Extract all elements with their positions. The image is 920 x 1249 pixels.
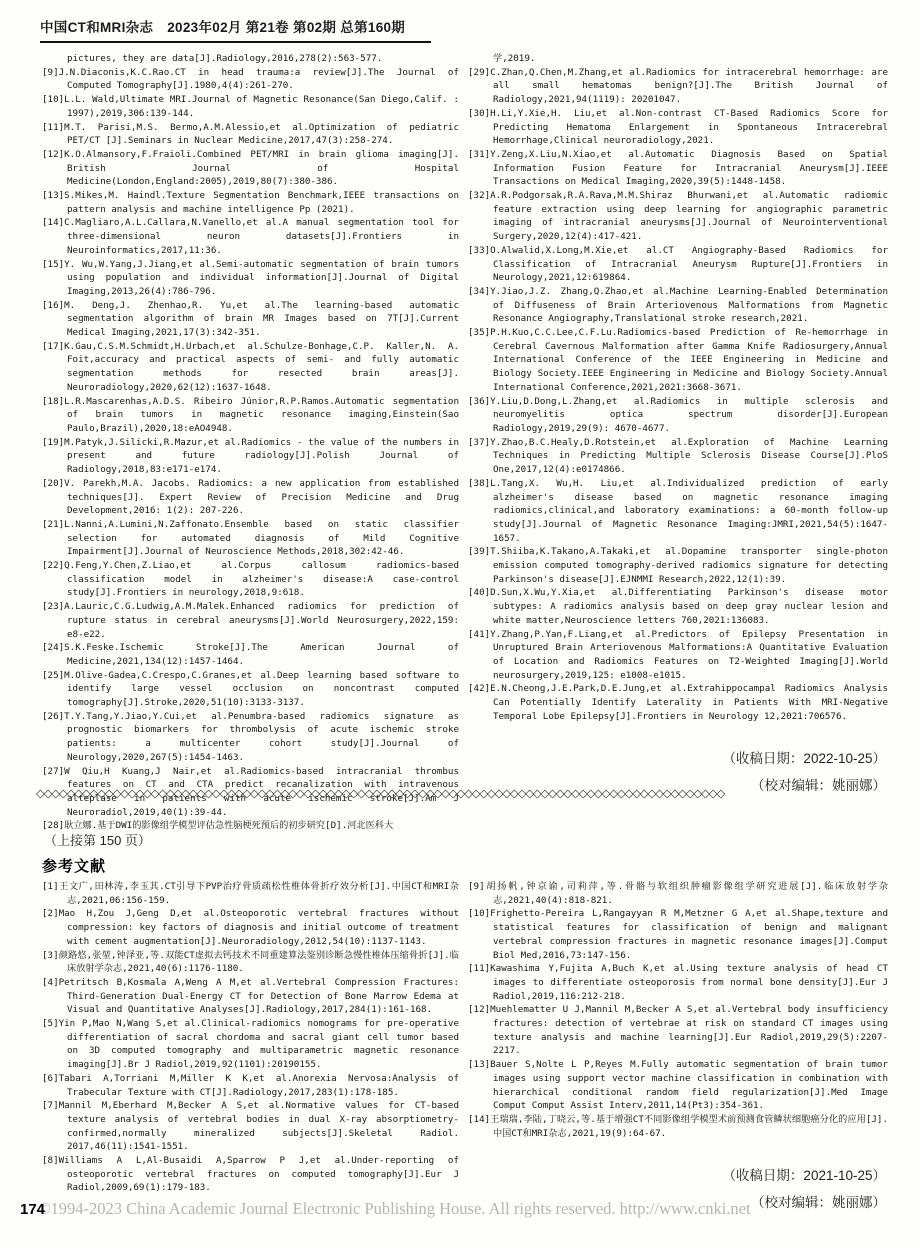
reference-item: [12]K.O.Almansory,F.Fraioli.Combined PET… bbox=[42, 148, 459, 189]
received-date: （收稿日期：2021-10-25） bbox=[468, 1162, 886, 1189]
diamond-separator: ◇◇◇◇◇◇◇◇◇◇◇◇◇◇◇◇◇◇◇◇◇◇◇◇◇◇◇◇◇◇◇◇◇◇◇◇◇◇◇◇… bbox=[36, 786, 888, 800]
reference-item: [41]Y.Zhang,P.Yan,F.Liang,et al.Predicto… bbox=[468, 628, 888, 683]
reference-item: [3]颜路悠,张堃,钟泽亚,等.双能CT虚拟去钙技术不同重建算法鉴别诊断急慢性椎… bbox=[42, 949, 459, 976]
top-left-column: pictures, they are data[J].Radiology,201… bbox=[42, 52, 459, 833]
bottom-left-references: [1]王文广,田林涛,李玉其.CT引导下PVP治疗骨质疏松性椎体骨折疗效分析[J… bbox=[42, 880, 459, 1195]
page-number: 174 bbox=[20, 1201, 45, 1218]
reference-item: [13]Bauer S,Nolte L P,Reyes M.Fully auto… bbox=[468, 1058, 888, 1113]
reference-item: [30]H.Li,Y.Xie,H. Liu,et al.Non-contrast… bbox=[468, 107, 888, 148]
bottom-right-references: [9]胡扬帆,钟京谕,司莉萍,等.骨骼与软组织肿瘤影像组学研究进展[J].临床放… bbox=[468, 880, 888, 1140]
reference-continuation: pictures, they are data[J].Radiology,201… bbox=[42, 52, 459, 66]
reference-item: [2]Mao H,Zou J,Geng D,et al.Osteoporotic… bbox=[42, 907, 459, 948]
reference-item: [9]胡扬帆,钟京谕,司莉萍,等.骨骼与软组织肿瘤影像组学研究进展[J].临床放… bbox=[468, 880, 888, 907]
reference-item: [21]L.Nanni,A.Lumini,N.Zaffonato.Ensembl… bbox=[42, 518, 459, 559]
reference-item: [14]王瑞瑞,李陆,丁晓云,等.基于增强CT不同影像组学模型术前预测食管鳞状细… bbox=[468, 1113, 888, 1140]
issue-info: 2023年02月 第21卷 第02期 总第160期 bbox=[167, 20, 405, 35]
reference-item: [31]Y.Zeng,X.Liu,N.Xiao,et al.Automatic … bbox=[468, 148, 888, 189]
reference-item: [11]M.T. Parisi,M.S. Bermo,A.M.Alessio,e… bbox=[42, 121, 459, 148]
bottom-right-column: [9]胡扬帆,钟京谕,司莉萍,等.骨骼与软组织肿瘤影像组学研究进展[J].临床放… bbox=[468, 880, 888, 1216]
reference-item: [8]Williams A L,Al-Busaidi A,Sparrow P J… bbox=[42, 1154, 459, 1195]
reference-item: [17]K.Gau,C.S.M.Schmidt,H.Urbach,et al.S… bbox=[42, 340, 459, 395]
reference-item: [14]C.Magliaro,A.L.Callara,N.Vanello,et … bbox=[42, 216, 459, 257]
top-right-column: 学,2019. [29]C.Zhan,Q.Chen,M.Zhang,et al.… bbox=[468, 52, 888, 799]
reference-continuation: 学,2019. bbox=[468, 52, 888, 66]
reference-item: [25]M.Olive-Gadea,C.Crespo,C.Granes,et a… bbox=[42, 669, 459, 710]
reference-item: [32]A.R.Podgorsak,R.A.Rava,M.M.Shiraz Bh… bbox=[468, 189, 888, 244]
reference-item: [7]Mannil M,Eberhard M,Becker A S,et al.… bbox=[42, 1099, 459, 1154]
reference-item: [20]V. Parekh,M.A. Jacobs. Radiomics: a … bbox=[42, 477, 459, 518]
copyright-watermark: ©1994-2023 China Academic Journal Electr… bbox=[38, 1199, 898, 1219]
reference-item: [24]S.K.Feske.Ischemic Stroke[J].The Ame… bbox=[42, 641, 459, 668]
bottom-left-column: [1]王文广,田林涛,李玉其.CT引导下PVP治疗骨质疏松性椎体骨折疗效分析[J… bbox=[42, 880, 459, 1195]
reference-item: [13]S.Mikes,M. Haindl.Texture Segmentati… bbox=[42, 189, 459, 216]
page-header: 中国CT和MRI杂志2023年02月 第21卷 第02期 总第160期 bbox=[40, 16, 431, 43]
reference-item: [11]Kawashima Y,Fujita A,Buch K,et al.Us… bbox=[468, 962, 888, 1003]
reference-item: [10]Frighetto-Pereira L,Rangayyan R M,Me… bbox=[468, 907, 888, 962]
top-left-references: [9]J.N.Diaconis,K.C.Rao.CT in head traum… bbox=[42, 66, 459, 833]
reference-item: [37]Y.Zhao,B.C.Healy,D.Rotstein,et al.Ex… bbox=[468, 436, 888, 477]
reference-item: [23]A.Lauric,C.G.Ludwig,A.M.Malek.Enhanc… bbox=[42, 600, 459, 641]
journal-title: 中国CT和MRI杂志 bbox=[40, 20, 153, 35]
reference-item: [38]L.Tang,X. Wu,H. Liu,et al.Individual… bbox=[468, 477, 888, 546]
reference-item: [36]Y.Liu,D.Dong,L.Zhang,et al.Radiomics… bbox=[468, 395, 888, 436]
top-right-references: [29]C.Zhan,Q.Chen,M.Zhang,et al.Radiomic… bbox=[468, 66, 888, 724]
reference-item: [10]L.L. Wald,Ultimate MRI.Journal of Ma… bbox=[42, 93, 459, 120]
reference-item: [19]M.Patyk,J.Silicki,R.Mazur,et al.Radi… bbox=[42, 436, 459, 477]
reference-item: [29]C.Zhan,Q.Chen,M.Zhang,et al.Radiomic… bbox=[468, 66, 888, 107]
reference-item: [4]Petritsch B,Kosmala A,Weng A M,et al.… bbox=[42, 976, 459, 1017]
reference-item: [42]E.N.Cheong,J.E.Park,D.E.Jung,et al.E… bbox=[468, 682, 888, 723]
references-heading: 参考文献 bbox=[42, 855, 106, 876]
reference-item: [9]J.N.Diaconis,K.C.Rao.CT in head traum… bbox=[42, 66, 459, 93]
continued-from-note: （上接第 150 页） bbox=[44, 830, 151, 849]
journal-page: 中国CT和MRI杂志2023年02月 第21卷 第02期 总第160期 pict… bbox=[0, 0, 920, 1249]
reference-item: [33]O.Alwalid,X.Long,M.Xie,et al.CT Angi… bbox=[468, 244, 888, 285]
reference-item: [35]P.H.Kuo,C.C.Lee,C.F.Lu.Radiomics-bas… bbox=[468, 326, 888, 395]
received-date: （收稿日期：2022-10-25） bbox=[468, 745, 886, 772]
reference-item: [39]T.Shiiba,K.Takano,A.Takaki,et al.Dop… bbox=[468, 545, 888, 586]
reference-item: [1]王文广,田林涛,李玉其.CT引导下PVP治疗骨质疏松性椎体骨折疗效分析[J… bbox=[42, 880, 459, 907]
reference-item: [40]D.Sun,X.Wu,Y.Xia,et al.Differentiati… bbox=[468, 586, 888, 627]
reference-item: [26]T.Y.Tang,Y.Jiao,Y.Cui,et al.Penumbra… bbox=[42, 710, 459, 765]
reference-item: [18]L.R.Mascarenhas,A.D.S. Ribeiro Júnio… bbox=[42, 395, 459, 436]
reference-item: [12]Muehlematter U J,Mannil M,Becker A S… bbox=[468, 1003, 888, 1058]
reference-item: [22]Q.Feng,Y.Chen,Z.Liao,et al.Corpus ca… bbox=[42, 559, 459, 600]
reference-item: [15]Y. Wu,W.Yang,J.Jiang,et al.Semi-auto… bbox=[42, 258, 459, 299]
reference-item: [5]Yin P,Mao N,Wang S,et al.Clinical-rad… bbox=[42, 1017, 459, 1072]
reference-item: [34]Y.Jiao,J.Z. Zhang,Q.Zhao,et al.Machi… bbox=[468, 285, 888, 326]
reference-item: [16]M. Deng,J. Zhenhao,R. Yu,et al.The l… bbox=[42, 299, 459, 340]
reference-item: [6]Tabari A,Torriani M,Miller K K,et al.… bbox=[42, 1072, 459, 1099]
